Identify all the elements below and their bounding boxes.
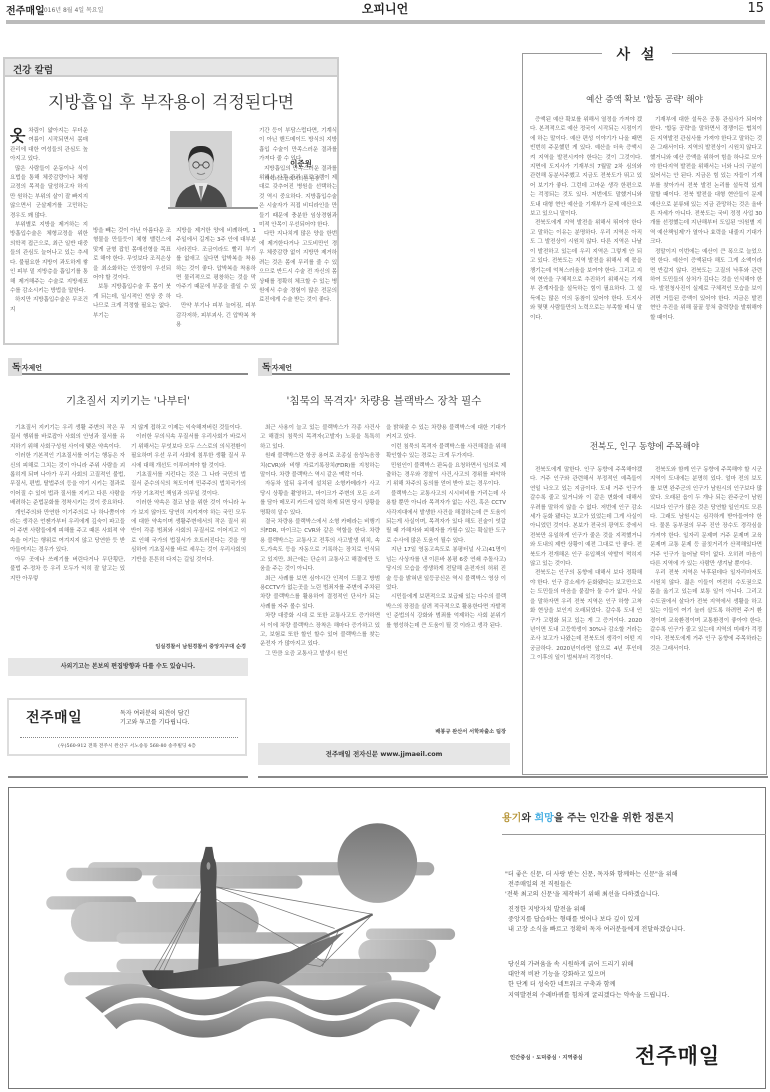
editorial-top-rule-right	[672, 53, 767, 54]
editorial-2-col-2: 전북도와 함께 인구 동향에 주목해야 할 시군 지역이 도내에는 분명히 있다…	[650, 466, 762, 654]
dropcap: 옷	[10, 128, 25, 144]
reader-right-title: '침묵의 목격자' 차량용 블랙박스 장착 필수	[258, 393, 510, 408]
reader-right-col-1: 최근 사용이 늘고 있는 블랙박스가 각종 사건사고 해결의 침묵의 목격자(고…	[260, 424, 380, 659]
dotted-divider	[20, 737, 238, 738]
ship-pen-nib-illustration-icon	[9, 790, 499, 1086]
bottom-rule-right	[522, 776, 768, 778]
header-rule	[6, 20, 765, 24]
page-number: 15	[747, 1, 764, 16]
health-col-4: 기간 등이 부담스럽다면, 기계식이 아닌 핸드메이드 방식의 지방흡입 수술이…	[259, 127, 337, 306]
editorial-top-rule-left	[522, 53, 602, 54]
ad-paragraph-3: 당신의 가려움을 속 시원하게 긁어 드리기 위해 대안적 비판 기능을 강화하…	[508, 960, 669, 1001]
health-col-1: 옷 차림이 얇아지는 무더운 여름이 시작되면서 몸매 관리에 대한 여성들의 …	[10, 127, 88, 315]
editorial-1-title: 예산 증액 확보 '합동 공략' 해야	[522, 93, 767, 105]
e-paper-link[interactable]: 전주매일 전자신문 www.jjmaeil.com	[258, 743, 510, 765]
reader-left-col-2: 지 않게 접하고 이제는 익숙해져버린 것들이다. 이러한 무의식속 무질서를 …	[131, 424, 246, 565]
disclaimer-bar: 사외기고는 본보의 편집방향과 다를 수도 있습니다.	[8, 658, 248, 676]
ad-paragraph-1: "더 좋은 신문, 더 사랑 받는 신문, 독자와 함께하는 신문"을 위해 전…	[505, 870, 678, 901]
bottom-rule-middle	[258, 776, 522, 778]
ad-paragraph-2: 진정한 지방자치 발전을 위해 중앙지를 답습하는 형태를 벗어나 보다 깊이 …	[508, 905, 685, 936]
reader-right-signature: 배봉규 완산서 서학파출소 팀장	[386, 728, 506, 735]
photo-rule	[168, 207, 258, 209]
ship-illustration	[9, 790, 499, 1086]
editorial-2-title: 전북도, 인구 동향에 주목해야	[522, 440, 767, 452]
reader-right-col-2: 을 밝혀줄 수 있는 차량용 블랙박스에 대한 기대가 커지고 있다. 이런 침…	[386, 424, 506, 631]
reader-left-signature: 임실경찰서 남원경찰서 중앙지구대 순경	[131, 643, 246, 650]
editorial-1-col-2: 기재부에 대한 설득은 공통 관심사가 되어야 한다. '합동 공략'을 말하면…	[650, 116, 762, 323]
ad-tagline: 인간중심 · 도덕중심 · 지역중심	[510, 1053, 583, 1061]
author-photo	[170, 131, 232, 208]
health-column-label: 건강 칼럼	[3, 57, 339, 77]
ad-rule	[502, 834, 766, 835]
health-column-title: 지방흡입 후 부작용이 걱정된다면	[3, 88, 339, 113]
submission-message: 독자 여러분의 의견이 담긴 기고와 투고를 기다립니다.	[120, 709, 189, 727]
editorial-heading: 사 설	[602, 44, 672, 64]
reader-opinion-header-left: 독자제언	[8, 355, 248, 375]
bottom-rule-left	[8, 776, 248, 778]
reader-left-title: 기초질서 지키기는 '나부터'	[8, 393, 248, 408]
health-col-3: 지방을 제거한 양에 비례하며, 1주일에서 길게는 3주 안에 대부분 사라진…	[176, 227, 256, 330]
ad-logo: 전주매일	[635, 1040, 720, 1070]
editorial-1-col-1: 증액된 예산 확보를 위해서 열정을 가져야 겠다. 본격적으로 예산 정국이 …	[530, 116, 642, 323]
submission-logo: 전주매일	[26, 707, 82, 727]
editorial-2-col-1: 전북도에게 말한다. 인구 동향에 주목해야겠다. 거주 인구와 관련해서 부정…	[530, 466, 642, 664]
portrait-icon	[170, 131, 232, 208]
ad-slogan: 용기와 희망을 주는 인간을 위한 정론지	[502, 809, 674, 824]
section-title: 오피니언	[0, 0, 770, 17]
reader-opinion-header-right: 독자제언	[258, 355, 510, 375]
reader-left-col-1: 기초질서 지키기는 우리 생활 주변의 작은 무질서 행위를 바로잡아 사회의 …	[10, 424, 125, 584]
submission-address: (우)560-912 전북 전주시 완산구 서노송동 568-80 송주빌딩 4…	[7, 742, 247, 749]
health-col-2: 방을 빼는 것이 아닌 아름다운 조형물을 만들듯이 체형 밸런스에 맞게 균형…	[93, 227, 171, 321]
